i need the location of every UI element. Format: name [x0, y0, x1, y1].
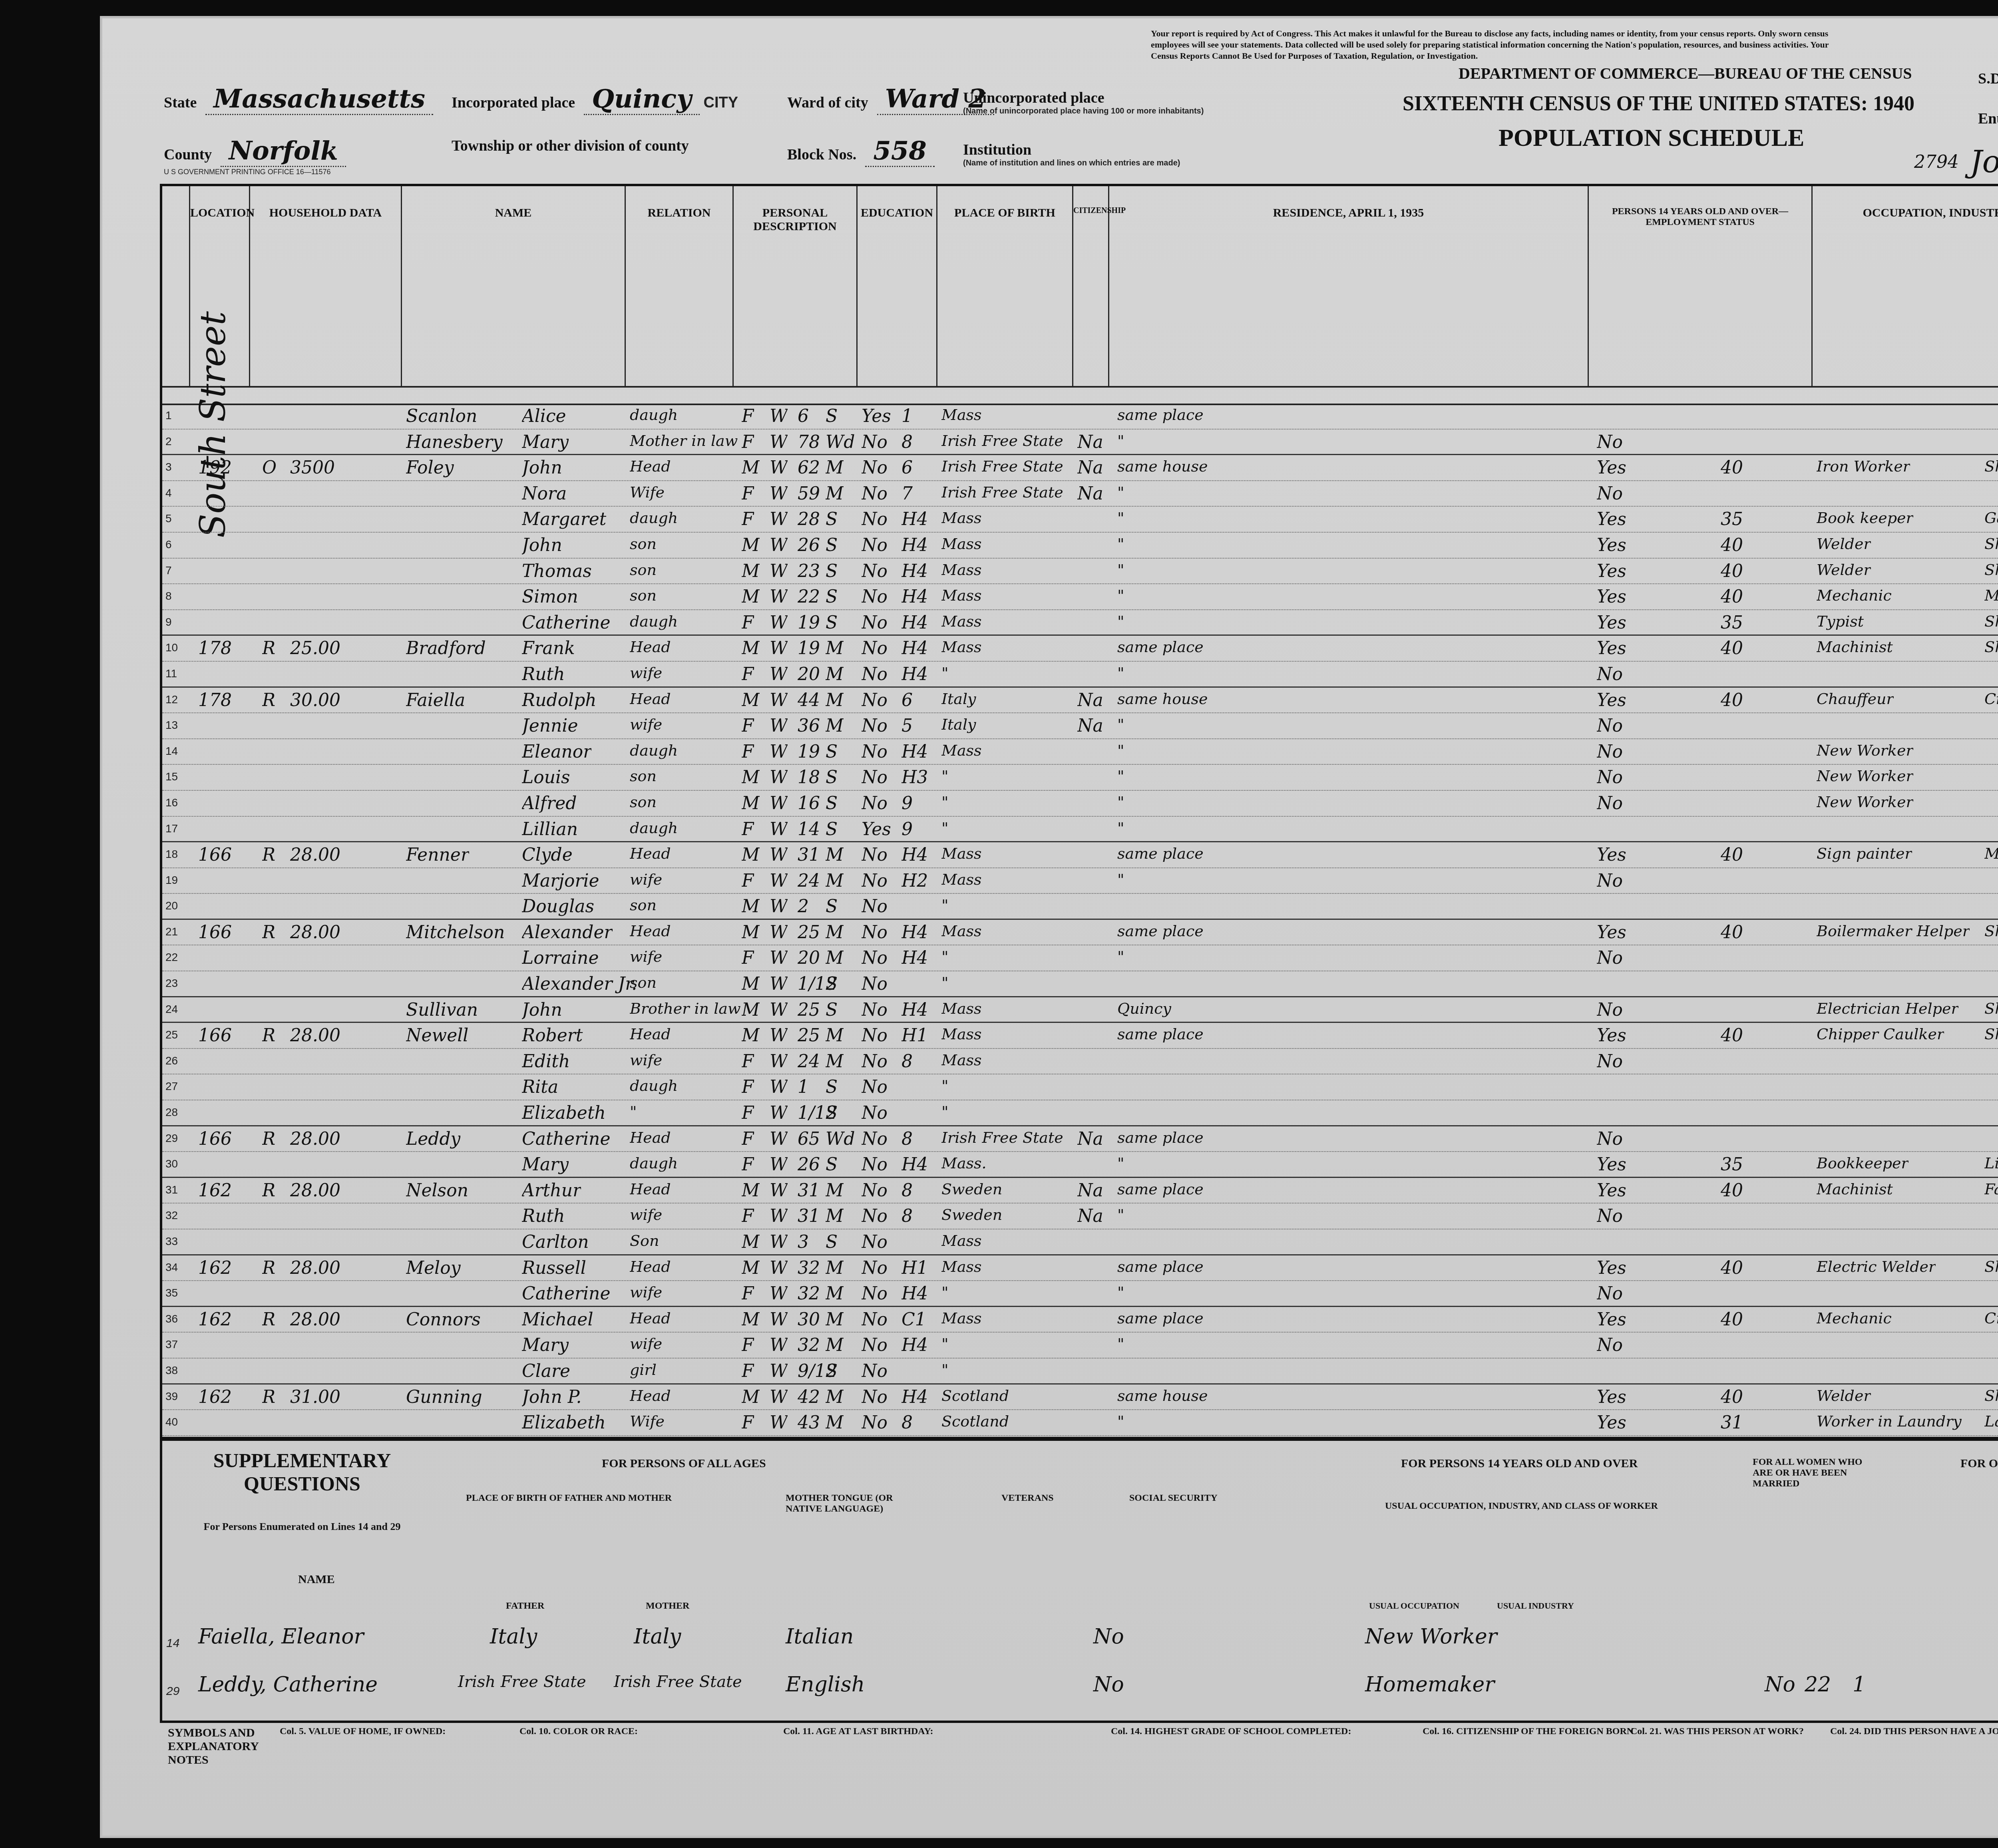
line-number: 14 — [165, 745, 178, 758]
cell-sex: F — [742, 1206, 754, 1226]
cell-marital-status: M — [826, 845, 844, 865]
cell-residence-1935: " — [1117, 1154, 1124, 1172]
cell-marital-status: M — [826, 1180, 844, 1201]
cell-school-attendance: No — [862, 1412, 888, 1433]
cell-birthplace: Mass — [941, 1051, 982, 1069]
line-number: 16 — [165, 796, 178, 809]
institution-field: Institution (Name of institution and lin… — [963, 140, 1180, 168]
col-citizenship: CITIZENSHIP — [1073, 186, 1109, 386]
cell-relation: daugh — [630, 406, 678, 424]
cell-relation: Wife — [630, 483, 665, 501]
cell-birthplace: " — [941, 1335, 948, 1353]
cell-highest-grade: H4 — [901, 1154, 928, 1175]
cell-given-name: Louis — [522, 767, 570, 788]
cell-sex: M — [742, 535, 760, 555]
cell-given-name: Catherine — [522, 1129, 610, 1149]
cell-race: W — [770, 1129, 788, 1149]
cell-sex: M — [742, 1180, 760, 1201]
cell-school-attendance: No — [862, 948, 888, 968]
line-number: 8 — [165, 590, 172, 603]
line-number: 26 — [165, 1054, 178, 1067]
cell-school-attendance: No — [862, 1025, 888, 1046]
table-row: 8SimonsonMW22SNoH4Mass"Yes40MechanicMach… — [162, 584, 1998, 610]
cell-race: W — [770, 509, 788, 529]
cell-age: 31 — [798, 1206, 820, 1226]
cell-birthplace: " — [941, 793, 948, 811]
cell-given-name: Clyde — [522, 845, 573, 865]
cell-highest-grade: H2 — [901, 871, 928, 891]
cell-occupation: Boilermaker Helper — [1817, 922, 1970, 940]
cell-given-name: Lillian — [522, 819, 578, 839]
cell-given-name: Marjorie — [522, 871, 599, 891]
cell-sex: F — [742, 483, 754, 504]
cell-highest-grade: 8 — [901, 1206, 913, 1226]
cell-relation: Head — [630, 1258, 671, 1275]
cell-given-name: Elizabeth — [522, 1412, 606, 1433]
cell-relation: Wife — [630, 1412, 665, 1430]
cell-marital-status: M — [826, 716, 844, 736]
line-number: 37 — [165, 1338, 178, 1351]
cell-house-number: 162 — [198, 1387, 232, 1407]
cell-marital-status: S — [826, 793, 838, 814]
cell-sex: F — [742, 1154, 754, 1175]
line-number: 21 — [165, 925, 178, 938]
table-row: 10178R25.00BradfordFrankHeadMW19MNoH4Mas… — [162, 636, 1998, 662]
cell-residence-1935: same place — [1117, 922, 1204, 940]
cell-owned-rented: R — [262, 922, 275, 943]
cell-age: 25 — [798, 1025, 820, 1046]
cell-race: W — [770, 1387, 788, 1407]
cell-birthplace: Scotland — [941, 1387, 1009, 1404]
cell-hours-worked: 35 — [1721, 613, 1743, 633]
cell-relation: wife — [630, 948, 662, 965]
cell-race: W — [770, 483, 788, 504]
table-row: 4NoraWifeFW59MNo7Irish Free StateNa"No — [162, 481, 1998, 507]
cell-school-attendance: No — [862, 1335, 888, 1355]
cell-school-attendance: No — [862, 1129, 888, 1149]
cell-relation: son — [630, 793, 657, 811]
cell-industry: Gas Co. — [1984, 509, 1998, 527]
col-household: HOUSEHOLD DATA — [250, 186, 402, 386]
cell-given-name: John — [522, 535, 562, 555]
cell-age: 62 — [798, 458, 820, 478]
cell-highest-grade: 8 — [901, 1180, 913, 1201]
cell-industry: Ship Yard — [1984, 1258, 1998, 1275]
table-row: 5MargaretdaughFW28SNoH4Mass"Yes35Book ke… — [162, 507, 1998, 533]
supp-col-usual-industry: USUAL INDUSTRY — [1497, 1601, 1574, 1611]
cell-school-attendance: No — [862, 587, 888, 607]
cell-birthplace: Mass — [941, 1025, 982, 1043]
cell-occupation: Mechanic — [1817, 1309, 1892, 1327]
cell-owned-rented: R — [262, 1309, 275, 1330]
cell-race: W — [770, 922, 788, 943]
cell-residence-1935: same place — [1117, 638, 1204, 656]
line-number: 18 — [165, 848, 178, 861]
line-number: 23 — [165, 977, 178, 990]
cell-highest-grade: H4 — [901, 845, 928, 865]
table-row: 13JenniewifeFW36MNo5ItalyNa"No — [162, 713, 1998, 739]
cell-race: W — [770, 1154, 788, 1175]
supp-col-name: NAME — [298, 1573, 335, 1586]
cell-age: 32 — [798, 1335, 820, 1355]
cell-residence-1935: " — [1117, 483, 1124, 501]
table-row: 39162R31.00GunningJohn P.HeadMW42MNoH4Sc… — [162, 1385, 1998, 1410]
cell-residence-1935: " — [1117, 1335, 1124, 1353]
cell-age: 31 — [798, 845, 820, 865]
table-row: 26EdithwifeFW24MNo8MassNo — [162, 1049, 1998, 1075]
cell-relation: son — [630, 974, 657, 991]
cell-birthplace: Sweden — [941, 1180, 1002, 1198]
cell-birthplace: " — [941, 767, 948, 785]
block-value: 558 — [865, 136, 935, 167]
cell-age: 36 — [798, 716, 820, 736]
cell-school-attendance: Yes — [862, 406, 891, 426]
line-number: 6 — [165, 538, 172, 551]
line-number: 17 — [165, 822, 178, 835]
cell-race: W — [770, 1180, 788, 1201]
cell-given-name: Catherine — [522, 613, 610, 633]
cell-marital-status: S — [826, 1154, 838, 1175]
cell-hours-worked: 40 — [1721, 1387, 1743, 1407]
cell-occupation: Chipper Caulker — [1817, 1025, 1944, 1043]
cell-residence-1935: " — [1117, 767, 1124, 785]
cell-sex: F — [742, 716, 754, 736]
cell-race: W — [770, 1309, 788, 1330]
cell-owned-rented: R — [262, 690, 275, 710]
cell-highest-grade: 9 — [901, 819, 913, 839]
cell-hours-worked: 40 — [1721, 638, 1743, 658]
cell-age: 19 — [798, 638, 820, 658]
line-number: 25 — [165, 1028, 178, 1041]
cell-occupation: Bookkeeper — [1817, 1154, 1908, 1172]
cell-sex: F — [742, 1103, 754, 1123]
cell-owned-rented: R — [262, 1129, 275, 1149]
cell-school-attendance: Yes — [862, 819, 891, 839]
cell-at-work: Yes — [1597, 587, 1626, 607]
cell-birthplace: " — [941, 1077, 948, 1094]
cell-sex: F — [742, 742, 754, 762]
cell-highest-grade: H4 — [901, 948, 928, 968]
cell-hours-worked: 40 — [1721, 845, 1743, 865]
cell-race: W — [770, 1206, 788, 1226]
cell-relation: wife — [630, 871, 662, 888]
cell-industry: Ship Yard — [1984, 1000, 1998, 1017]
cell-surname: Connors — [406, 1309, 481, 1330]
cell-highest-grade: H4 — [901, 587, 928, 607]
cell-home-value: 31.00 — [290, 1387, 340, 1407]
cell-surname: Nelson — [406, 1180, 468, 1201]
table-row: 6JohnsonMW26SNoH4Mass"Yes40WelderShip Ya… — [162, 533, 1998, 559]
line-number: 29 — [165, 1132, 178, 1145]
cell-race: W — [770, 974, 788, 994]
table-row: 33CarltonSonMW3SNoMass — [162, 1229, 1998, 1255]
cell-citizenship: Na — [1077, 483, 1103, 504]
cell-race: W — [770, 1232, 788, 1252]
cell-marital-status: M — [826, 1206, 844, 1226]
cell-birthplace: " — [941, 896, 948, 914]
county-field: County Norfolk — [164, 136, 346, 166]
cell-race: W — [770, 767, 788, 788]
mother-tongue-heading: MOTHER TONGUE (OR NATIVE LANGUAGE) — [786, 1493, 929, 1514]
cell-sex: M — [742, 767, 760, 788]
cell-marital-status: S — [826, 819, 838, 839]
cell-sex: M — [742, 1309, 760, 1330]
cell-relation: Head — [630, 845, 671, 862]
cell-at-work: Yes — [1597, 690, 1626, 710]
cell-relation: daugh — [630, 819, 678, 837]
cell-sex: F — [742, 613, 754, 633]
cell-residence-1935: same place — [1117, 845, 1204, 862]
cell-marital-status: S — [826, 587, 838, 607]
cell-birthplace: " — [941, 1103, 948, 1120]
cell-birthplace: Irish Free State — [941, 483, 1063, 501]
cell-industry: Ship Yard — [1984, 922, 1998, 940]
cell-at-work: Yes — [1597, 1309, 1626, 1330]
table-row: 16AlfredsonMW16SNo9""NoNew Worker — [162, 791, 1998, 817]
cell-hours-worked: 40 — [1721, 922, 1743, 943]
cell-at-work: Yes — [1597, 1025, 1626, 1046]
cell-age: 18 — [798, 767, 820, 788]
cell-industry: Ship Yard — [1984, 613, 1998, 630]
line-number: 13 — [165, 719, 178, 732]
cell-relation: Head — [630, 690, 671, 708]
cell-marital-status: M — [826, 1283, 844, 1304]
cell-school-attendance: No — [862, 871, 888, 891]
township-field: Township or other division of county — [452, 136, 689, 155]
cell-race: W — [770, 664, 788, 684]
cell-highest-grade: H4 — [901, 922, 928, 943]
cell-age: 30 — [798, 1309, 820, 1330]
cell-hours-worked: 35 — [1721, 1154, 1743, 1175]
cell-highest-grade: H4 — [901, 1283, 928, 1304]
cell-school-attendance: No — [862, 535, 888, 555]
cell-given-name: Catherine — [522, 1283, 610, 1304]
cell-residence-1935: " — [1117, 742, 1124, 759]
cell-race: W — [770, 896, 788, 917]
cell-highest-grade: H4 — [901, 561, 928, 581]
cell-industry: Ship Yard — [1984, 561, 1998, 579]
cell-sex: M — [742, 793, 760, 814]
cell-school-attendance: No — [862, 1206, 888, 1226]
cell-residence-1935: " — [1117, 535, 1124, 553]
cell-owned-rented: R — [262, 845, 275, 865]
printing-office: U S GOVERNMENT PRINTING OFFICE 16—11576 — [164, 168, 330, 176]
supplementary-subtitle: For Persons Enumerated on Lines 14 and 2… — [174, 1521, 430, 1533]
cell-relation: wife — [630, 1206, 662, 1223]
cell-sex: F — [742, 871, 754, 891]
cell-citizenship: Na — [1077, 1129, 1103, 1149]
cell-school-attendance: No — [862, 1077, 888, 1097]
line-number: 39 — [165, 1390, 178, 1403]
cell-hours-worked: 40 — [1721, 458, 1743, 478]
cell-relation: Mother in law — [630, 432, 738, 450]
cell-birthplace: " — [941, 664, 948, 682]
cell-industry: Factory — [1984, 1180, 1998, 1198]
cell-relation: daugh — [630, 742, 678, 759]
table-row: 3192O3500FoleyJohnHeadMW62MNo6Irish Free… — [162, 455, 1998, 481]
cell-house-number: 166 — [198, 1129, 232, 1149]
cell-occupation: Chauffeur — [1817, 690, 1894, 708]
table-row: 29166R28.00LeddyCatherineHeadFW65WdNo8Ir… — [162, 1126, 1998, 1152]
note-value-of-home: Col. 5. VALUE OF HOME, IF OWNED: — [280, 1726, 559, 1737]
cell-given-name: Thomas — [522, 561, 592, 581]
table-row: 25166R28.00NewellRobertHeadMW25MNoH1Mass… — [162, 1023, 1998, 1049]
cell-hours-worked: 40 — [1721, 1025, 1743, 1046]
cell-residence-1935: " — [1117, 509, 1124, 527]
line-number: 10 — [165, 641, 178, 654]
cell-home-value: 28.00 — [290, 845, 340, 865]
cell-citizenship: Na — [1077, 716, 1103, 736]
cell-school-attendance: No — [862, 1051, 888, 1072]
schedule-title: POPULATION SCHEDULE — [1498, 124, 1804, 152]
cell-occupation: Welder — [1817, 535, 1871, 553]
cell-school-attendance: No — [862, 1000, 888, 1020]
cell-birthplace: " — [941, 948, 948, 965]
cell-at-work: Yes — [1597, 922, 1626, 943]
cell-sex: M — [742, 690, 760, 710]
table-row: 30MarydaughFW26SNoH4Mass."Yes35Bookkeepe… — [162, 1152, 1998, 1178]
cell-at-work: No — [1597, 1051, 1623, 1072]
legal-notice: Your report is required by Act of Congre… — [1151, 28, 1830, 62]
cell-birthplace: Mass — [941, 845, 982, 862]
cell-birthplace: Irish Free State — [941, 432, 1063, 450]
cell-marital-status: S — [826, 1077, 838, 1097]
note-color-race: Col. 10. COLOR OR RACE: — [519, 1726, 799, 1737]
cell-marital-status: M — [826, 483, 844, 504]
cell-age: 25 — [798, 922, 820, 943]
cell-industry: Ship Yard — [1984, 1387, 1998, 1404]
cell-race: W — [770, 638, 788, 658]
cell-owned-rented: R — [262, 1180, 275, 1201]
cell-age: 23 — [798, 561, 820, 581]
table-row: 11RuthwifeFW20MNoH4""No — [162, 662, 1998, 688]
cell-sex: F — [742, 1129, 754, 1149]
cell-surname: Gunning — [406, 1387, 482, 1407]
cell-surname: Meloy — [406, 1258, 461, 1278]
cell-home-value: 30.00 — [290, 690, 340, 710]
cell-highest-grade: 8 — [901, 432, 913, 452]
cell-school-attendance: No — [862, 974, 888, 994]
supp-col-usual-occupation: USUAL OCCUPATION — [1369, 1601, 1459, 1611]
line-number: 33 — [165, 1235, 178, 1248]
cell-age: 32 — [798, 1258, 820, 1278]
cell-home-value: 25.00 — [290, 638, 340, 658]
cell-owned-rented: O — [262, 458, 277, 478]
cell-surname: Foley — [406, 458, 454, 478]
unincorporated-field: Unincorporated place (Name of unincorpor… — [963, 88, 1204, 116]
cell-school-attendance: No — [862, 767, 888, 788]
cell-relation: daugh — [630, 509, 678, 527]
cell-sex: F — [742, 664, 754, 684]
cell-at-work: No — [1597, 1335, 1623, 1355]
cell-race: W — [770, 406, 788, 426]
table-row: 23Alexander Jr.sonMW1/12SNo" — [162, 971, 1998, 997]
cell-relation: daugh — [630, 1077, 678, 1094]
cell-highest-grade: 6 — [901, 690, 913, 710]
cell-given-name: Edith — [522, 1051, 570, 1072]
cell-home-value: 28.00 — [290, 1129, 340, 1149]
cell-race: W — [770, 561, 788, 581]
cell-highest-grade: 6 — [901, 458, 913, 478]
table-row: 24SullivanJohnBrother in lawMW25SNoH4Mas… — [162, 997, 1998, 1023]
cell-hours-worked: 31 — [1721, 1412, 1743, 1433]
cell-sex: F — [742, 509, 754, 529]
cell-birthplace: Sweden — [941, 1206, 1002, 1223]
cell-race: W — [770, 1412, 788, 1433]
cell-birthplace: Mass — [941, 587, 982, 604]
cell-highest-grade: 8 — [901, 1129, 913, 1149]
table-row: 21166R28.00MitchelsonAlexanderHeadMW25MN… — [162, 920, 1998, 946]
symbols-heading: SYMBOLS AND EXPLANATORY NOTES — [168, 1726, 256, 1767]
cell-given-name: Ruth — [522, 1206, 565, 1226]
table-row: 37MarywifeFW32MNoH4""No — [162, 1333, 1998, 1359]
table-row: 15LouissonMW18SNoH3""NoNew Worker — [162, 765, 1998, 791]
supplementary-row: 29 Leddy, Catherine Irish Free State Iri… — [162, 1673, 1998, 1721]
enumerator-code: 2794 — [1914, 152, 1959, 172]
cell-marital-status: M — [826, 1051, 844, 1072]
cell-marital-status: M — [826, 690, 844, 710]
cell-at-work: Yes — [1597, 1258, 1626, 1278]
block-field: Block Nos. 558 — [787, 136, 935, 166]
cell-sex: F — [742, 1361, 754, 1381]
cell-at-work: Yes — [1597, 561, 1626, 581]
cell-occupation: Sign painter — [1817, 845, 1912, 862]
cell-industry: Ship Yard — [1984, 1025, 1998, 1043]
cell-sex: F — [742, 1051, 754, 1072]
cell-age: 20 — [798, 664, 820, 684]
cell-at-work: No — [1597, 1206, 1623, 1226]
cell-school-attendance: No — [862, 742, 888, 762]
table-row: 1ScanlonAlicedaughFW6SYes1Masssame place — [162, 404, 1998, 430]
cell-highest-grade: 7 — [901, 483, 913, 504]
cell-marital-status: S — [826, 767, 838, 788]
cell-given-name: Mary — [522, 1154, 569, 1175]
cell-race: W — [770, 871, 788, 891]
cell-residence-1935: same house — [1117, 1387, 1208, 1404]
cell-marital-status: M — [826, 1387, 844, 1407]
line-number: 35 — [165, 1287, 178, 1299]
cell-sex: F — [742, 819, 754, 839]
cell-age: 16 — [798, 793, 820, 814]
incorporated-place-field: Incorporated place Quincy CITY — [452, 84, 738, 114]
cell-sex: M — [742, 458, 760, 478]
cell-surname: Scanlon — [406, 406, 477, 426]
cell-industry: Laundry — [1984, 1412, 1998, 1430]
cell-surname: Newell — [406, 1025, 468, 1046]
cell-given-name: Elizabeth — [522, 1103, 606, 1123]
cell-school-attendance: No — [862, 638, 888, 658]
cell-occupation: Welder — [1817, 561, 1871, 579]
parents-birthplace-heading: PLACE OF BIRTH OF FATHER AND MOTHER — [466, 1493, 672, 1504]
cell-home-value: 28.00 — [290, 922, 340, 943]
cell-at-work: No — [1597, 948, 1623, 968]
cell-school-attendance: No — [862, 845, 888, 865]
cell-school-attendance: No — [862, 1283, 888, 1304]
cell-age: 26 — [798, 535, 820, 555]
cell-given-name: Mary — [522, 432, 569, 452]
cell-industry: Ship Yard — [1984, 535, 1998, 553]
cell-given-name: Arthur — [522, 1180, 581, 1201]
cell-marital-status: M — [826, 458, 844, 478]
cell-citizenship: Na — [1077, 1180, 1103, 1201]
cell-sex: F — [742, 948, 754, 968]
cell-occupation: Worker in Laundry — [1817, 1412, 1962, 1430]
cell-school-attendance: No — [862, 1103, 888, 1123]
cell-residence-1935: " — [1117, 948, 1124, 965]
cell-age: 28 — [798, 509, 820, 529]
cell-industry: Creamery — [1984, 1309, 1998, 1327]
line-number: 20 — [165, 899, 178, 912]
